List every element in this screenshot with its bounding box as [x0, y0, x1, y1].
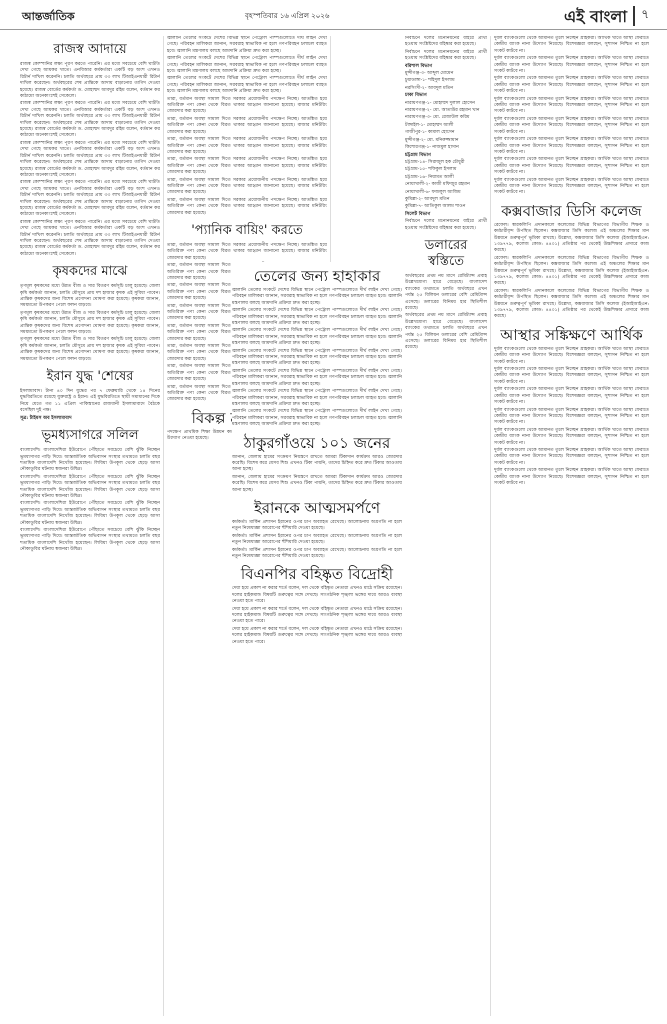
article-source: সূত্র: টাইমস অব ইসলামাবাদ	[20, 416, 160, 422]
headline-iran-surrender: ইরানকে আত্মসমর্পণে	[232, 500, 402, 516]
headline-thakurgaon: ঠাকুরগাঁওয়ে ১০১ জনের	[232, 435, 402, 451]
article-body: রেফেল। স্বারকলিপি প্রদানকালে কলেজের বিভি…	[494, 256, 649, 288]
article-body: দুর্বল ব্যাংকগুলো থেকে আমানত তুলে নিচ্ছে…	[494, 76, 649, 95]
brand-name: এই বাংলা	[564, 7, 627, 26]
column-divider	[490, 36, 491, 1016]
masthead-logo: এই বাংলা	[564, 4, 627, 31]
article-body: বাংলাদেশি। বাংলাদেশিরা ইউরোপে পৌঁছাতে সব…	[20, 475, 160, 501]
article-body: বাংলাদেশি। বাংলাদেশিরা ইউরোপে পৌঁছাতে সব…	[20, 528, 160, 554]
article-body: তারা, বর্তমান অবস্থা সামাল দিতে সরকার প্…	[167, 137, 327, 156]
list-item: টাঙ্গাইল-১- মোহাম্মদ আলী	[405, 123, 487, 129]
list-item: নোয়াখালী-২- কাজী মফিজুর রহমান	[405, 182, 487, 188]
article-body: রাজস্ব কোম্পানির লক্ষ্য পূরণ করতে পারেনি…	[20, 180, 160, 218]
list-item: চট্টগ্রাম-১৪- সিরাজুল হক চৌধুরী	[405, 160, 487, 166]
article-body: অর্থবছরের প্রথম নয় মাসে রেমিট্যান্স প্র…	[405, 313, 487, 351]
article-body: দুর্বল ব্যাংকগুলো থেকে আমানত তুলে নিচ্ছে…	[494, 36, 649, 55]
headline-panic-buying: 'প্যানিক বায়িং' করতে	[167, 223, 327, 239]
article-body: দুর্বল ব্যাংকগুলো থেকে আমানত তুলে নিচ্ছে…	[494, 178, 649, 197]
list-item: নোয়াখালী-৬- ফজলুল আজিম	[405, 190, 487, 196]
article-body: তারা, বর্তমান অবস্থা সামাল দিতে সরকার প্…	[167, 243, 327, 262]
column-4-candidate-list: নির্বাচনে দলের মনোনয়নের বাইরে প্রার্থী …	[405, 36, 487, 1016]
article-body: তারা, বর্তমান অবস্থা সামাল দিতে সরকার প্…	[167, 178, 327, 197]
list-heading: চট্টগ্রাম বিভাগ	[405, 153, 487, 159]
article-body: কর্মকর্তা। মার্কিন প্রশাসন ইরানের ওপর চা…	[232, 548, 402, 561]
article-body: জ্বালানি তেলের সংকটে দেশের বিভিন্ন স্থান…	[167, 56, 327, 75]
article-body: কর্মকর্তা। মার্কিন প্রশাসন ইরানের ওপর চা…	[232, 534, 402, 547]
article-body: দুর্বল ব্যাংকগুলো থেকে আমানত তুলে নিচ্ছে…	[494, 448, 649, 467]
section-title: আন্তর্জাতিক	[22, 8, 75, 27]
article-body: তারা, বর্তমান অবস্থা সামাল দিতে সরকার প্…	[167, 97, 327, 116]
article-body: নির্বাচনে দলের মনোনয়নের বাইরে প্রার্থী …	[405, 50, 487, 63]
page-header: আন্তর্জাতিক বৃহস্পতিবার ১৬ এপ্রিল ২০২৬ এ…	[0, 0, 667, 30]
article-body: অর্থবছরের প্রথম নয় মাসে রেমিট্যান্স প্র…	[405, 274, 487, 312]
article-body: জানান, জেলায় হামের সংক্রমণ নিয়ন্ত্রণে …	[232, 475, 402, 494]
article-body: ইসলামাবাদ। টানা ৪০ দিন যুদ্ধের পর ৭ ফেব্…	[20, 389, 160, 415]
article-body: রাজস্ব কোম্পানির লক্ষ্য পূরণ করতে পারেনি…	[20, 141, 160, 179]
list-item: কুমিল্লা-৭- আতিকুল আলম শাওন	[405, 204, 487, 210]
article-body: রেফেল। স্বারকলিপি প্রদানকালে কলেজের বিভি…	[494, 289, 649, 321]
article-body: তৃণমূল কৃষকদের মধ্যে উন্নত বীজ ও সার বিত…	[20, 284, 160, 310]
list-heading: সিলেট বিভাগ	[405, 212, 487, 218]
article-body: দুর্বল ব্যাংকগুলো থেকে আমানত তুলে নিচ্ছে…	[494, 117, 649, 136]
column-3: তেলের জন্য হাহাকার জ্বালানি তেলের সংকটে …	[232, 262, 402, 1022]
article-body: দুর্বল ব্যাংকগুলো থেকে আমানত তুলে নিচ্ছে…	[494, 157, 649, 176]
list-heading: ঢাকা বিভাগ	[405, 93, 487, 99]
article-body: দুর্বল ব্যাংকগুলো থেকে আমানত তুলে নিচ্ছে…	[494, 56, 649, 75]
article-body: কর্মকর্তা। মার্কিন প্রশাসন ইরানের ওপর চা…	[232, 520, 402, 533]
article-body: জ্বালানি তেলের সংকটে দেশের বিভিন্ন স্থান…	[232, 349, 402, 368]
column-5: দুর্বল ব্যাংকগুলো থেকে আমানত তুলে নিচ্ছে…	[494, 36, 649, 1016]
article-body: জ্বালানি তেলের সংকটে দেশের বিভিন্ন স্থান…	[232, 328, 402, 347]
headline-bnp-rebels: বিএনপির বহিষ্কৃত বিদ্রোহী	[232, 566, 402, 582]
list-item: গাজীপুর-১- কামাল হোসেন	[405, 130, 487, 136]
list-item: মুন্সীগঞ্জ-৩- আব্দুল মোমেন	[405, 71, 487, 77]
list-item: নরসিংদী-২- আবদুল মতিন	[405, 86, 487, 92]
article-body: দেয়া হয়ে প্রকাশ না করার শর্তে বলেন, দল…	[232, 627, 402, 646]
article-body: দেয়া হয়ে প্রকাশ না করার শর্তে বলেন, দল…	[232, 607, 402, 626]
list-item: কিশোরগঞ্জ-১- নাজমুল হাসান	[405, 145, 487, 151]
headline-revenue: রাজস্ব আদায়ে	[20, 42, 160, 58]
article-body: বাংলাদেশি। বাংলাদেশিরা ইউরোপে পৌঁছাতে সব…	[20, 448, 160, 474]
list-item: নারায়ণগঞ্জ-২- মো. আতাউর রহমান খান	[405, 108, 487, 114]
article-body: দুর্বল ব্যাংকগুলো থেকে আমানত তুলে নিচ্ছে…	[494, 367, 649, 386]
list-item: চুয়াডাঙ্গা-১- শহিদুল ইসলাম	[405, 78, 487, 84]
article-body: তৃণমূল কৃষকদের মধ্যে উন্নত বীজ ও সার বিত…	[20, 311, 160, 337]
column-divider	[163, 36, 164, 1016]
headline-coxsbazar-college: কক্সবাজার ডিসি কলেজ	[494, 203, 649, 219]
page-number: ৭	[633, 6, 649, 26]
article-body: দুর্বল ব্যাংকগুলো থেকে আমানত তুলে নিচ্ছে…	[494, 97, 649, 116]
article-body: জ্বালানি তেলের সংকটে দেশের বিভিন্ন স্থান…	[167, 36, 327, 55]
article-body: দেয়া হয়ে প্রকাশ না করার শর্তে বলেন, দল…	[232, 586, 402, 605]
article-body: রাজস্ব কোম্পানির লক্ষ্য পূরণ করতে পারেনি…	[20, 62, 160, 100]
article-body: দুর্বল ব্যাংকগুলো থেকে আমানত তুলে নিচ্ছে…	[494, 347, 649, 366]
article-body: জ্বালানি তেলের সংকটে দেশের বিভিন্ন স্থান…	[232, 369, 402, 388]
headline-dollar: ডলারের স্বস্তিতে	[405, 238, 487, 270]
headline-farmers: কৃষকদের মাঝে	[20, 264, 160, 280]
article-body: রাজস্ব কোম্পানির লক্ষ্য পূরণ করতে পারেনি…	[20, 220, 160, 258]
headline-oil-crisis: তেলের জন্য হাহাকার	[232, 268, 402, 284]
article-body: তারা, বর্তমান অবস্থা সামাল দিতে সরকার প্…	[167, 157, 327, 176]
publication-date: বৃহস্পতিবার ১৬ এপ্রিল ২০২৬	[245, 10, 329, 22]
article-body: তৃণমূল কৃষকদের মধ্যে উন্নত বীজ ও সার বিত…	[20, 337, 160, 363]
article-body: দুর্বল ব্যাংকগুলো থেকে আমানত তুলে নিচ্ছে…	[494, 387, 649, 406]
list-item: চট্টগ্রাম-১৫- শফিকুল ইসলাম	[405, 167, 487, 173]
article-body: দুর্বল ব্যাংকগুলো থেকে আমানত তুলে নিচ্ছে…	[494, 468, 649, 487]
list-item: মুন্সীগঞ্জ-২- মো. মনিরুজ্জামান	[405, 138, 487, 144]
article-body: দুর্বল ব্যাংকগুলো থেকে আমানত তুলে নিচ্ছে…	[494, 428, 649, 447]
article-body: নির্বাচনে দলের মনোনয়নের বাইরে প্রার্থী …	[405, 36, 487, 49]
column-1: রাজস্ব আদায়ে রাজস্ব কোম্পানির লক্ষ্য পূ…	[20, 36, 160, 1016]
list-item: নারায়ণগঞ্জ-১- মোহাম্মদ দুলাল হোসেন	[405, 101, 487, 107]
article-body: রাজস্ব কোম্পানির লক্ষ্য পূরণ করতে পারেনি…	[20, 101, 160, 139]
list-item: নারায়ণগঞ্জ-৩- মো. রেজাউল করিম	[405, 115, 487, 121]
article-body: জ্বালানি তেলের সংকটে দেশের বিভিন্ন স্থান…	[232, 409, 402, 428]
article-body: জ্বালানি তেলের সংকটে দেশের বিভিন্ন স্থান…	[232, 288, 402, 307]
article-body: তারা, বর্তমান অবস্থা সামাল দিতে সরকার প্…	[167, 117, 327, 136]
headline-financial-trust: আস্থার সঙ্কিক্ষণে আর্থিক	[494, 327, 649, 343]
article-body: দুর্বল ব্যাংকগুলো থেকে আমানত তুলে নিচ্ছে…	[494, 408, 649, 427]
article-body: দুর্বল ব্যাংকগুলো থেকে আমানত তুলে নিচ্ছে…	[494, 137, 649, 156]
list-item: চট্টগ্রাম-১৬- নিয়ামত আলী	[405, 175, 487, 181]
article-body: জানান, জেলায় হামের সংক্রমণ নিয়ন্ত্রণে …	[232, 455, 402, 474]
list-heading: বরিশাল বিভাগ	[405, 64, 487, 70]
article-body: বাংলাদেশি। বাংলাদেশিরা ইউরোপে পৌঁছাতে সব…	[20, 501, 160, 527]
article-body: নির্বাচনে দলের মনোনয়নের বাইরে প্রার্থী …	[405, 219, 487, 232]
headline-iran-war: ইরান যুদ্ধ 'শেষের	[20, 369, 160, 385]
article-body: জ্বালানি তেলের সংকটে দেশের বিভিন্ন স্থান…	[232, 308, 402, 327]
article-body: তারা, বর্তমান অবস্থা সামাল দিতে সরকার প্…	[167, 198, 327, 217]
article-body: জ্বালানি তেলের সংকটে দেশের বিভিন্ন স্থান…	[232, 389, 402, 408]
article-body: জ্বালানি তেলের সংকটে দেশের বিভিন্ন স্থান…	[167, 76, 327, 95]
headline-mediterranean: ভূমধ্যসাগরে সলিল	[20, 428, 160, 444]
list-item: কুমিল্লা-২- আবদুল মতিন	[405, 197, 487, 203]
article-body: রেফেল। স্বারকলিপি প্রদানকালে কলেজের বিভি…	[494, 223, 649, 255]
